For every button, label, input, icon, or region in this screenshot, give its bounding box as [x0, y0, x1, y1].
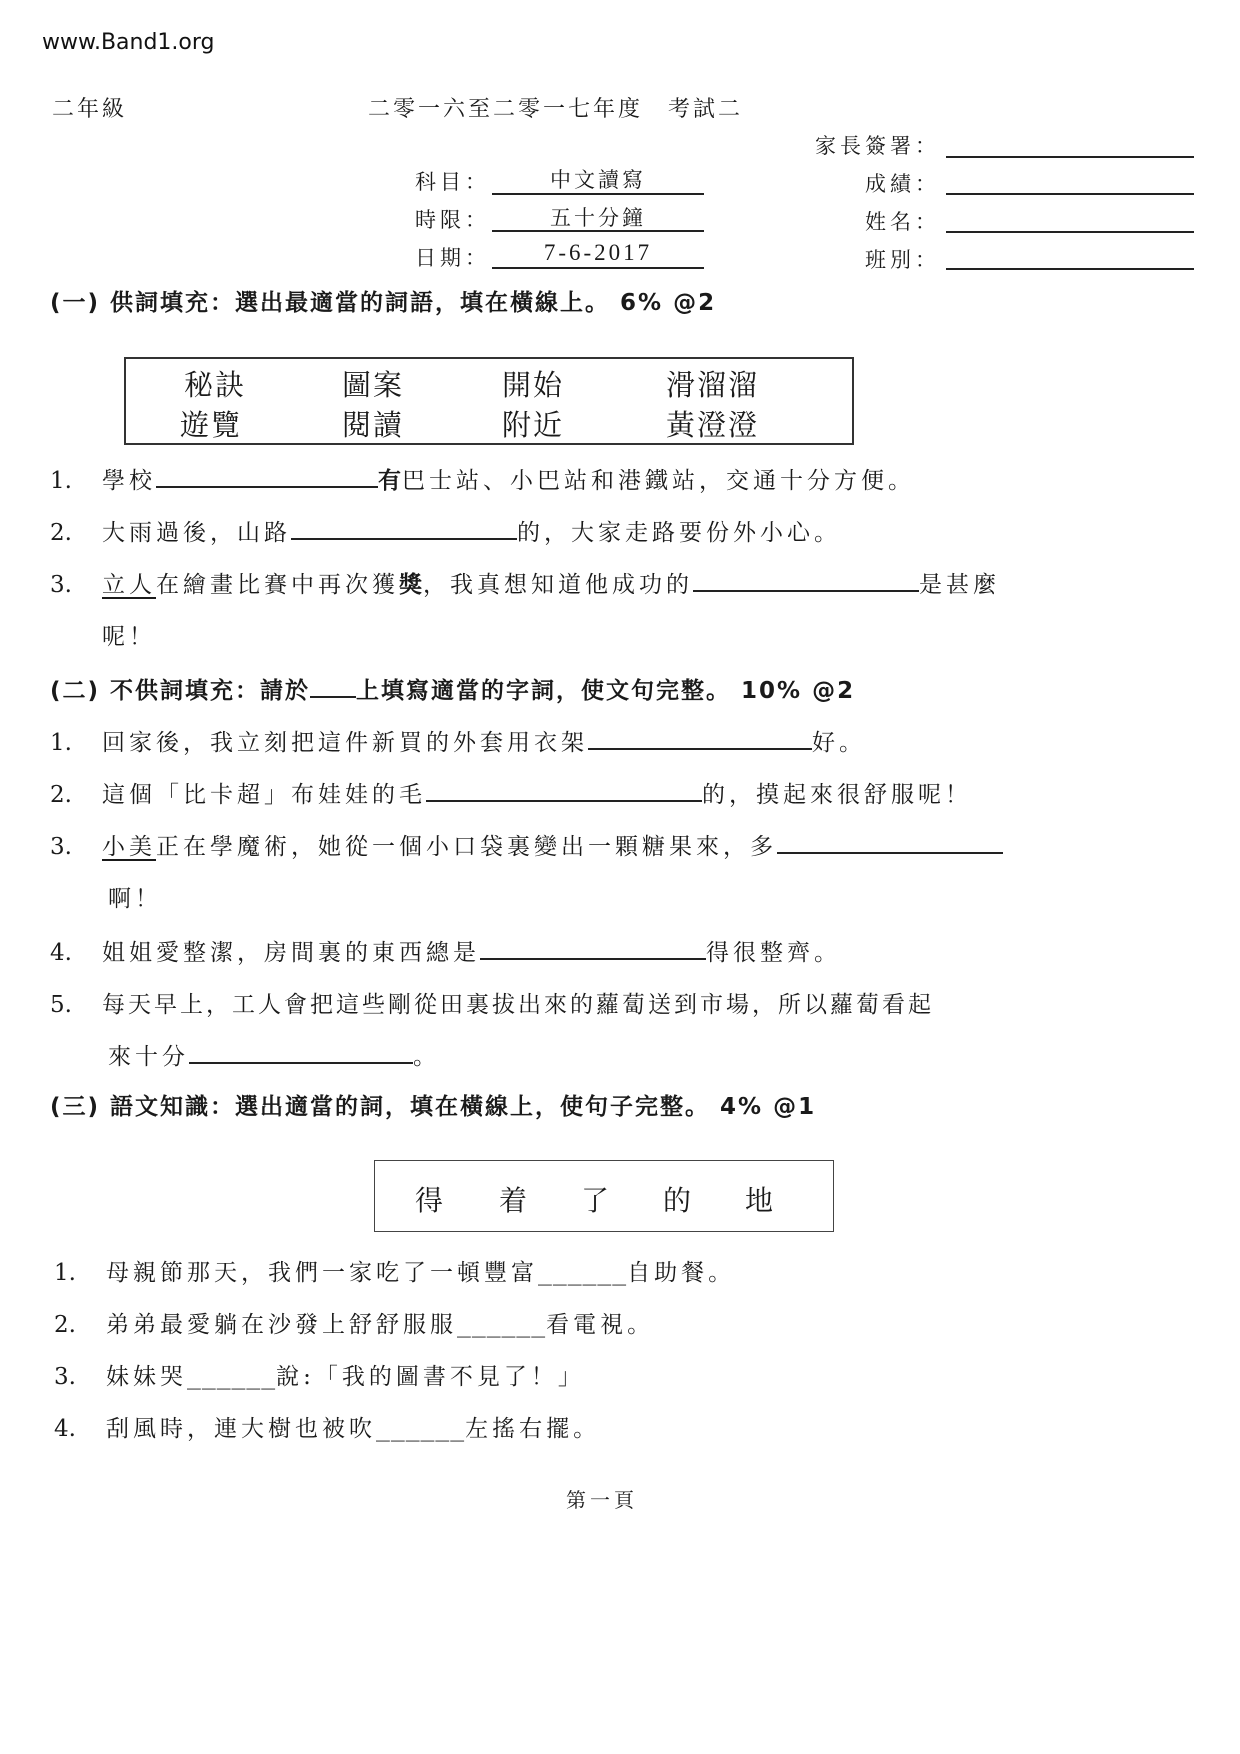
exam-title: 二零一六至二零一七年度 考試二	[368, 92, 743, 123]
parent-signature-label: 家長簽署：	[760, 130, 940, 160]
word-bank-item: 着	[499, 1179, 527, 1219]
s3-question-2: 2.弟弟最愛躺在沙發上舒舒服服______看電視。	[54, 1306, 654, 1339]
subject-label: 科目：	[400, 166, 490, 196]
answer-blank[interactable]	[189, 1040, 413, 1064]
date-label: 日期：	[400, 242, 490, 272]
s1-question-3-continuation: 呢！	[102, 618, 156, 651]
page-number: 第一頁	[566, 1484, 638, 1513]
date-underline	[492, 267, 704, 269]
s2-question-2: 2.這個「比卡超」布娃娃的毛的，摸起來很舒服呢！	[50, 776, 972, 809]
s2-question-5: 5.每天早上，工人會把這些剛從田裏拔出來的蘿蔔送到市場，所以蘿蔔看起	[50, 986, 934, 1019]
parent-signature-field[interactable]	[946, 156, 1194, 158]
section2-title: (二) 不供詞填充：請於上填寫適當的字詞，使文句完整。 10% @2	[50, 672, 855, 705]
s1-question-2: 2.大雨過後，山路的，大家走路要份外小心。	[50, 514, 841, 547]
s2-question-3-continuation: 啊！	[108, 880, 162, 913]
s2-question-3: 3.小美正在學魔術，她從一個小口袋裏變出一顆糖果來，多	[50, 828, 1003, 861]
s1-question-3: 3.立人在繪畫比賽中再次獲獎，我真想知道他成功的是甚麼	[50, 566, 1000, 599]
s1-question-1: 1.學校有巴士站、小巴站和港鐵站，交通十分方便。	[50, 462, 915, 495]
grade-label: 二年級	[52, 92, 127, 123]
answer-blank[interactable]	[426, 778, 702, 802]
word-bank-item: 了	[581, 1179, 609, 1219]
word-bank-item: 地	[745, 1179, 773, 1219]
score-field[interactable]	[946, 193, 1194, 195]
s3-question-4: 4.刮風時，連大樹也被吹______左搖右擺。	[54, 1410, 600, 1443]
word-bank-item: 開始	[502, 363, 564, 404]
word-bank-item: 閱讀	[342, 403, 404, 444]
answer-blank[interactable]	[291, 516, 517, 540]
section3-title: (三) 語文知識：選出適當的詞，填在橫線上，使句子完整。 4% @1	[50, 1088, 816, 1121]
word-bank-item: 的	[663, 1179, 691, 1219]
answer-blank[interactable]: ______	[376, 1416, 465, 1442]
answer-blank[interactable]: ______	[457, 1312, 546, 1338]
s2-question-1: 1.回家後，我立刻把這件新買的外套用衣架好。	[50, 724, 866, 757]
section3-word-bank: 得 着 了 的 地	[374, 1160, 834, 1232]
date-value: 7-6-2017	[492, 240, 704, 266]
word-bank-item: 得	[415, 1179, 443, 1219]
subject-underline	[492, 193, 704, 195]
answer-blank[interactable]	[588, 726, 812, 750]
site-watermark: www.Band1.org	[42, 30, 215, 55]
answer-blank[interactable]	[777, 830, 1003, 854]
word-bank-item: 附近	[502, 403, 564, 444]
word-bank-item: 秘訣	[184, 363, 246, 404]
answer-blank[interactable]	[156, 464, 378, 488]
duration-value: 五十分鐘	[492, 202, 704, 232]
answer-blank[interactable]: ______	[187, 1364, 276, 1390]
word-bank-item: 遊覽	[180, 403, 242, 444]
proper-noun: 立人	[102, 572, 156, 598]
example-blank	[310, 696, 356, 698]
duration-label: 時限：	[400, 204, 490, 234]
answer-blank[interactable]	[693, 568, 919, 592]
word-bank-item: 滑溜溜	[666, 363, 759, 404]
class-field[interactable]	[946, 268, 1194, 270]
duration-underline	[492, 230, 704, 232]
section1-word-bank: 秘訣 圖案 開始 滑溜溜 遊覽 閱讀 附近 黃澄澄	[124, 357, 854, 445]
class-label: 班別：	[760, 244, 940, 274]
section1-title: (一) 供詞填充：選出最適當的詞語，填在橫線上。 6% @2	[50, 284, 716, 317]
s2-question-5-continuation: 來十分。	[108, 1038, 440, 1071]
answer-blank[interactable]	[480, 936, 706, 960]
word-bank-item: 圖案	[342, 363, 404, 404]
subject-value: 中文讀寫	[492, 164, 704, 194]
s3-question-3: 3.妹妹哭______說:「我的圖書不見了！」	[54, 1358, 585, 1391]
word-bank-item: 黃澄澄	[666, 403, 759, 444]
s2-question-4: 4.姐姐愛整潔，房間裏的東西總是得很整齊。	[50, 934, 841, 967]
score-label: 成績：	[760, 168, 940, 198]
name-field[interactable]	[946, 231, 1194, 233]
answer-blank[interactable]: ______	[538, 1260, 627, 1286]
name-label: 姓名：	[760, 206, 940, 236]
proper-noun: 小美	[102, 834, 156, 860]
s3-question-1: 1.母親節那天，我們一家吃了一頓豐富______自助餐。	[54, 1254, 735, 1287]
